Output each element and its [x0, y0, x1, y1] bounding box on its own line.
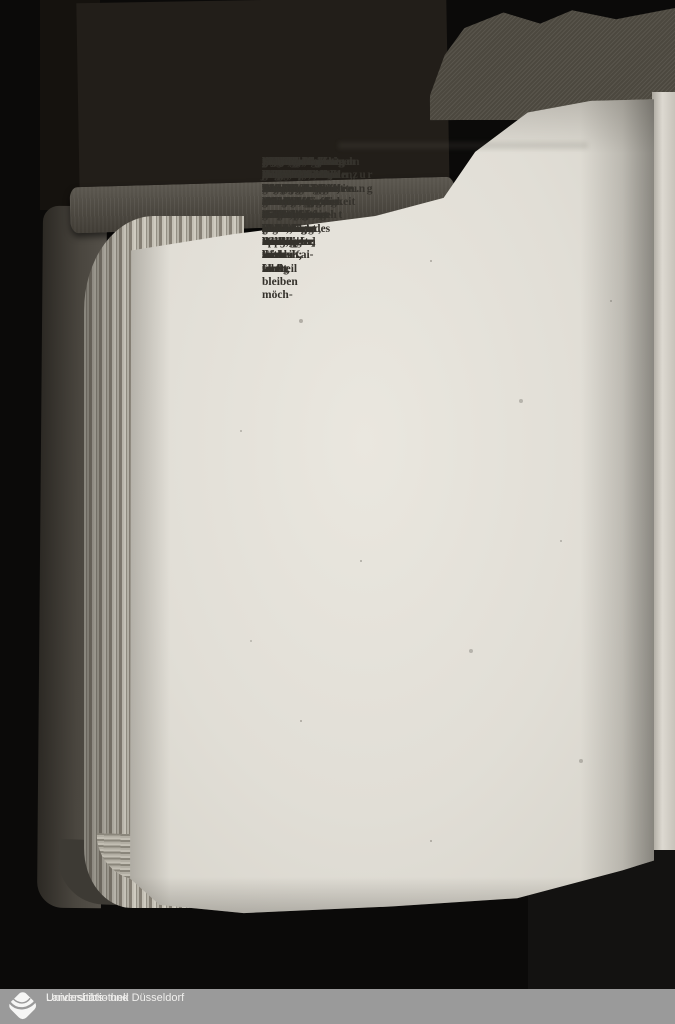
- adjacent-page-sliver: [652, 92, 675, 878]
- library-name-line2: Landesbibliothek Düsseldorf: [46, 992, 184, 1006]
- paper-specks: [0, 0, 2, 2]
- ink-bleedthrough: [338, 142, 588, 149]
- book-photo: 356 Pandect. L. XLII. Tit. 1. De re judi…: [0, 0, 675, 1024]
- library-logo-icon: [2, 992, 46, 1022]
